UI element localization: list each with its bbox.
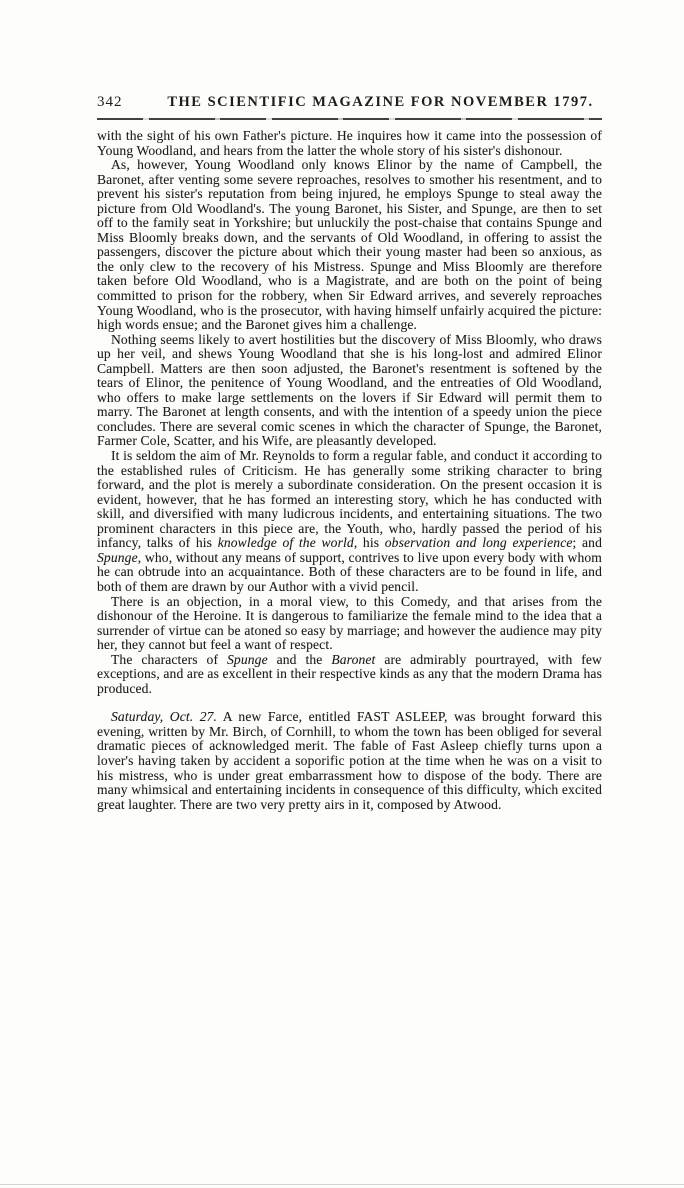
- header-rule: [97, 118, 602, 120]
- paragraph: As, however, Young Woodland only knows E…: [97, 158, 602, 333]
- magazine-title: THE SCIENTIFIC MAGAZINE FOR NOVEMBER 179…: [159, 94, 602, 111]
- paragraph: with the sight of his own Father's pictu…: [97, 129, 602, 158]
- bottom-scan-line: [0, 1184, 684, 1185]
- paragraph: The characters of Spunge and the Baronet…: [97, 653, 602, 697]
- body-text: with the sight of his own Father's pictu…: [97, 129, 602, 812]
- paragraph: It is seldom the aim of Mr. Reynolds to …: [97, 449, 602, 594]
- paragraph: Nothing seems likely to avert hostilitie…: [97, 333, 602, 449]
- page-number: 342: [97, 94, 159, 111]
- paragraph: There is an objection, in a moral view, …: [97, 595, 602, 653]
- running-header: 342 THE SCIENTIFIC MAGAZINE FOR NOVEMBER…: [97, 94, 602, 111]
- paragraph: Saturday, Oct. 27. A new Farce, entitled…: [97, 710, 602, 812]
- scanned-page: 342 THE SCIENTIFIC MAGAZINE FOR NOVEMBER…: [0, 0, 684, 1188]
- page-content: 342 THE SCIENTIFIC MAGAZINE FOR NOVEMBER…: [97, 94, 602, 812]
